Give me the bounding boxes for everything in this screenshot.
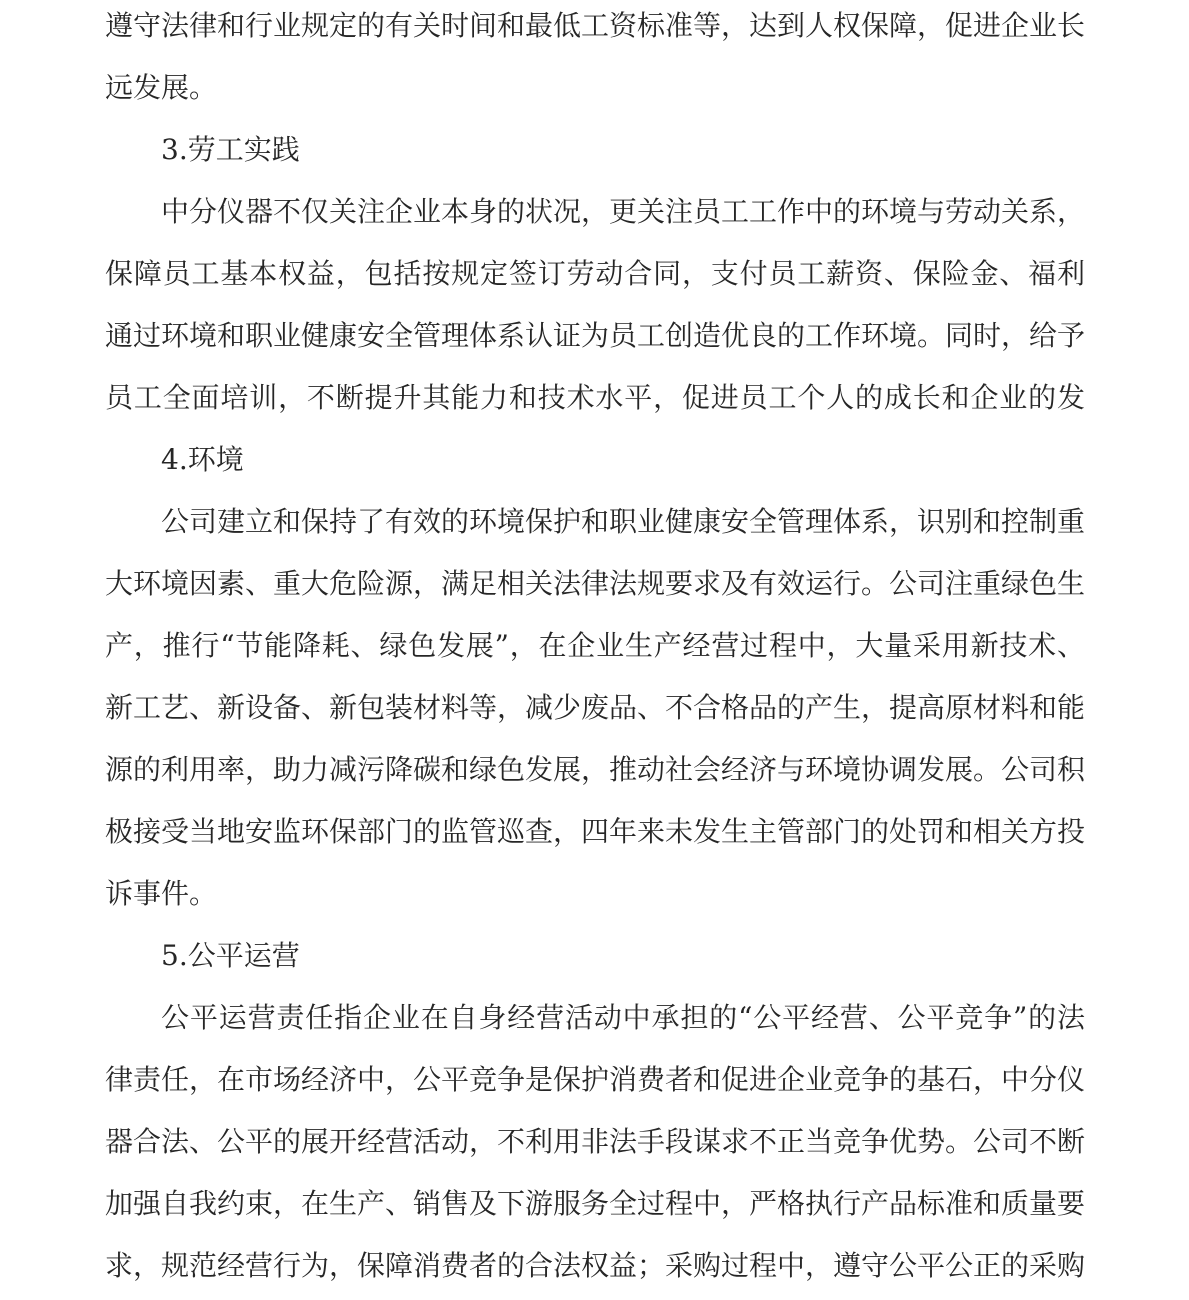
text-line: 律责任，在市场经济中，公平竞争是保护消费者和促进企业竞争的基石，中分仪	[105, 1049, 1085, 1111]
text-line: 公司建立和保持了有效的环境保护和职业健康安全管理体系，识别和控制重	[105, 491, 1085, 553]
section-heading: 3.劳工实践	[105, 119, 1085, 181]
text-line: 大环境因素、重大危险源，满足相关法律法规要求及有效运行。公司注重绿色生	[105, 553, 1085, 615]
text-line: 诉事件。	[105, 863, 1085, 925]
text-line: 员工全面培训，不断提升其能力和技术水平，促进员工个人的成长和企业的发展。	[105, 367, 1085, 429]
text-line: 极接受当地安监环保部门的监管巡查，四年来未发生主管部门的处罚和相关方投	[105, 801, 1085, 863]
text-line: 求，规范经营行为，保障消费者的合法权益；采购过程中，遵守公平公正的采购	[105, 1235, 1085, 1297]
text-line: 产，推行“节能降耗、绿色发展”，在企业生产经营过程中，大量采用新技术、	[105, 615, 1085, 677]
text-line: 加强自我约束，在生产、销售及下游服务全过程中，严格执行产品标准和质量要	[105, 1173, 1085, 1235]
section-heading: 5.公平运营	[105, 925, 1085, 987]
text-line: 公平运营责任指企业在自身经营活动中承担的“公平经营、公平竞争”的法	[105, 987, 1085, 1049]
text-line: 源的利用率，助力减污降碳和绿色发展，推动社会经济与环境协调发展。公司积	[105, 739, 1085, 801]
text-line: 保障员工基本权益，包括按规定签订劳动合同，支付员工薪资、保险金、福利等，	[105, 243, 1085, 305]
text-line: 远发展。	[105, 57, 1085, 119]
text-line: 新工艺、新设备、新包装材料等，减少废品、不合格品的产生，提高原材料和能	[105, 677, 1085, 739]
text-line: 通过环境和职业健康安全管理体系认证为员工创造优良的工作环境。同时，给予	[105, 305, 1085, 367]
document-body: 遵守法律和行业规定的有关时间和最低工资标准等，达到人权保障，促进企业长远发展。3…	[0, 0, 1189, 1297]
text-line: 遵守法律和行业规定的有关时间和最低工资标准等，达到人权保障，促进企业长	[105, 0, 1085, 57]
text-line: 中分仪器不仅关注企业本身的状况，更关注员工工作中的环境与劳动关系，	[105, 181, 1085, 243]
text-line: 器合法、公平的展开经营活动，不利用非法手段谋求不正当竞争优势。公司不断	[105, 1111, 1085, 1173]
document-page: 遵守法律和行业规定的有关时间和最低工资标准等，达到人权保障，促进企业长远发展。3…	[0, 0, 1189, 1300]
section-heading: 4.环境	[105, 429, 1085, 491]
